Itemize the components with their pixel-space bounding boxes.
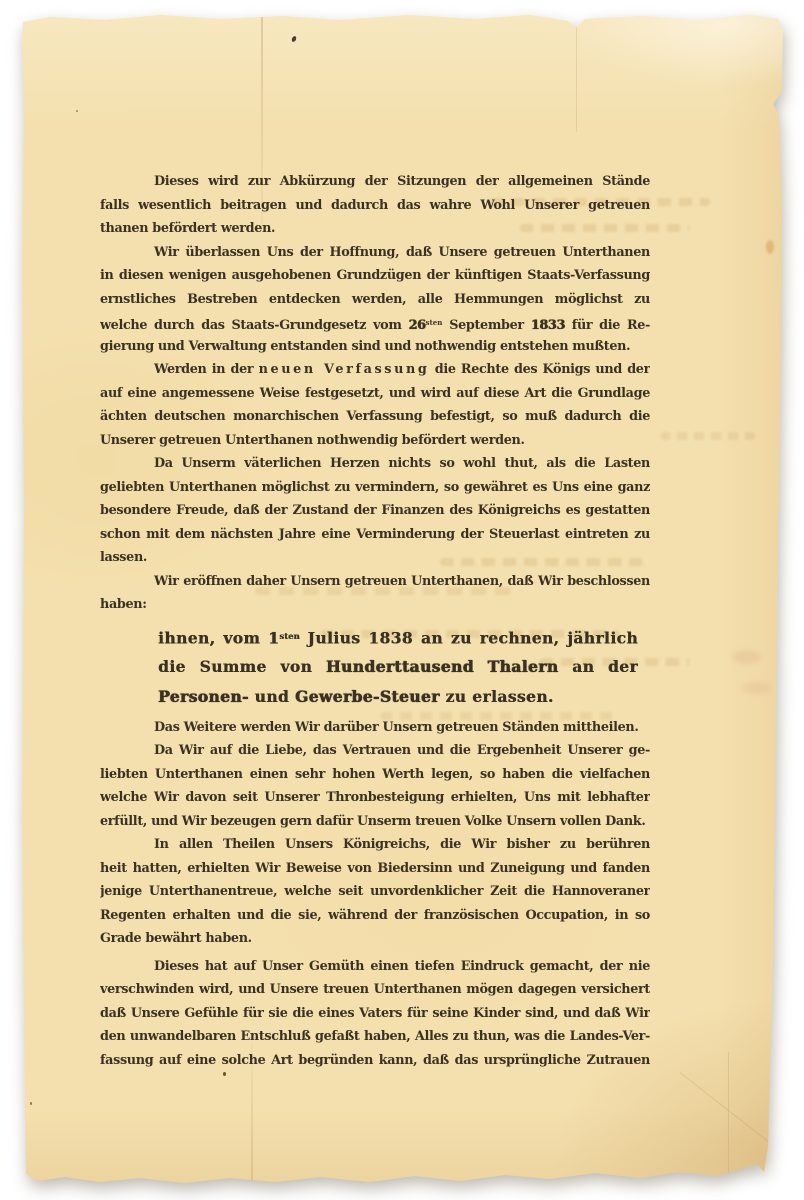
paper-sheet: Dieses wird zur Abkürzung der Sitzungen …	[20, 12, 786, 1190]
text-line: erfüllt, und Wir bezeugen gern dafür Uns…	[100, 810, 650, 834]
text-line: fassung auf eine solche Art begründen ka…	[100, 1049, 650, 1073]
text-line: verschwinden wird, und Unsere treuen Unt…	[100, 978, 650, 1002]
foxing-stain	[766, 240, 774, 254]
fold-crease-diagonal	[679, 1072, 804, 1190]
text-line: daß Unsere Gefühle für sie die eines Vat…	[100, 1002, 650, 1026]
foxing-stain	[740, 682, 772, 694]
text-line: schon mit dem nächsten Jahre eine Vermin…	[100, 523, 650, 547]
paragraph: Wir eröffnen daher Unsern getreuen Unter…	[100, 570, 650, 617]
text-line: Dieses hat auf Unser Gemüth einen tiefen…	[100, 955, 650, 979]
text-line: die Summe von Hunderttausend Thalern an …	[158, 652, 638, 682]
announcement-block: ihnen, vom 1sten Julius 1838 an zu rechn…	[100, 622, 650, 712]
text-line: welche Wir davon seit Unserer Thronbeste…	[100, 786, 650, 810]
text-line: heit hatten, erhielten Wir Beweise von B…	[100, 857, 650, 881]
ink-speck	[30, 1102, 32, 1105]
text-line: thanen befördert werden.	[100, 217, 650, 241]
paragraph: Wir überlassen Uns der Hoffnung, daß Uns…	[100, 241, 650, 359]
paragraph: In allen Theilen Unsers Königreichs, die…	[100, 833, 650, 951]
text-line: ächten deutschen monarchischen Verfassun…	[100, 405, 650, 429]
text-line: In allen Theilen Unsers Königreichs, die…	[100, 833, 650, 857]
ink-speck	[223, 1072, 226, 1076]
text-line: falls wesentlich beitragen und dadurch d…	[100, 194, 650, 218]
text-line: Werden in der neuen Verfassung die Recht…	[100, 358, 650, 382]
ink-speck	[76, 110, 78, 112]
text-line: welche durch das Staats-Grundgesetz vom …	[100, 311, 650, 335]
text-line: Da Wir auf die Liebe, das Vertrauen und …	[100, 739, 650, 763]
text-line: jenige Unterthanentreue, welche seit unv…	[100, 880, 650, 904]
text-line: auf eine angemessene Weise festgesetzt, …	[100, 382, 650, 406]
paragraph: Da Unserm väterlichen Herzen nichts so w…	[100, 452, 650, 570]
paragraph: Dieses hat auf Unser Gemüth einen tiefen…	[100, 955, 650, 1073]
paragraph: Dieses wird zur Abkürzung der Sitzungen …	[100, 170, 650, 241]
text-line: Wir eröffnen daher Unsern getreuen Unter…	[100, 570, 650, 594]
text-line: besondere Freude, daß der Zustand der Fi…	[100, 499, 650, 523]
text-line: haben:	[100, 593, 650, 617]
fold-crease-bottom-right	[728, 1052, 729, 1186]
text-line: Personen- und Gewerbe-Steuer zu erlassen…	[158, 682, 638, 712]
text-line: geliebten Unterthanen möglichst zu vermi…	[100, 476, 650, 500]
document-text: Dieses wird zur Abkürzung der Sitzungen …	[100, 170, 650, 1072]
text-line: Unserer getreuen Unterthanen nothwendig …	[100, 429, 650, 453]
paragraph: Das Weitere werden Wir darüber Unsern ge…	[100, 716, 650, 740]
text-line: ihnen, vom 1sten Julius 1838 an zu rechn…	[158, 622, 638, 652]
text-line: liebten Unterthanen einen sehr hohen Wer…	[100, 763, 650, 787]
fold-crease-top-right	[576, 12, 577, 132]
text-line: Grade bewährt haben.	[100, 927, 650, 951]
text-line: Das Weitere werden Wir darüber Unsern ge…	[100, 716, 650, 740]
text-line: Dieses wird zur Abkürzung der Sitzungen …	[100, 170, 650, 194]
ink-speck	[291, 35, 297, 42]
text-line: lassen.	[100, 546, 650, 570]
paragraph: Werden in der neuen Verfassung die Recht…	[100, 358, 650, 452]
text-line: ernstliches Bestreben entdecken werden, …	[100, 288, 650, 312]
paragraph: Da Wir auf die Liebe, das Vertrauen und …	[100, 739, 650, 833]
text-line: Wir überlassen Uns der Hoffnung, daß Uns…	[100, 241, 650, 265]
text-line: Regenten erhalten und die sie, während d…	[100, 904, 650, 928]
show-through-text	[660, 432, 755, 440]
scanned-document: Dieses wird zur Abkürzung der Sitzungen …	[0, 0, 804, 1200]
foxing-stain	[732, 650, 760, 664]
text-line: gierung und Verwaltung entstanden sind u…	[100, 335, 650, 359]
text-line: in diesen wenigen ausgehobenen Grundzüge…	[100, 264, 650, 288]
text-line: Da Unserm väterlichen Herzen nichts so w…	[100, 452, 650, 476]
text-line: den unwandelbaren Entschluß gefaßt haben…	[100, 1025, 650, 1049]
